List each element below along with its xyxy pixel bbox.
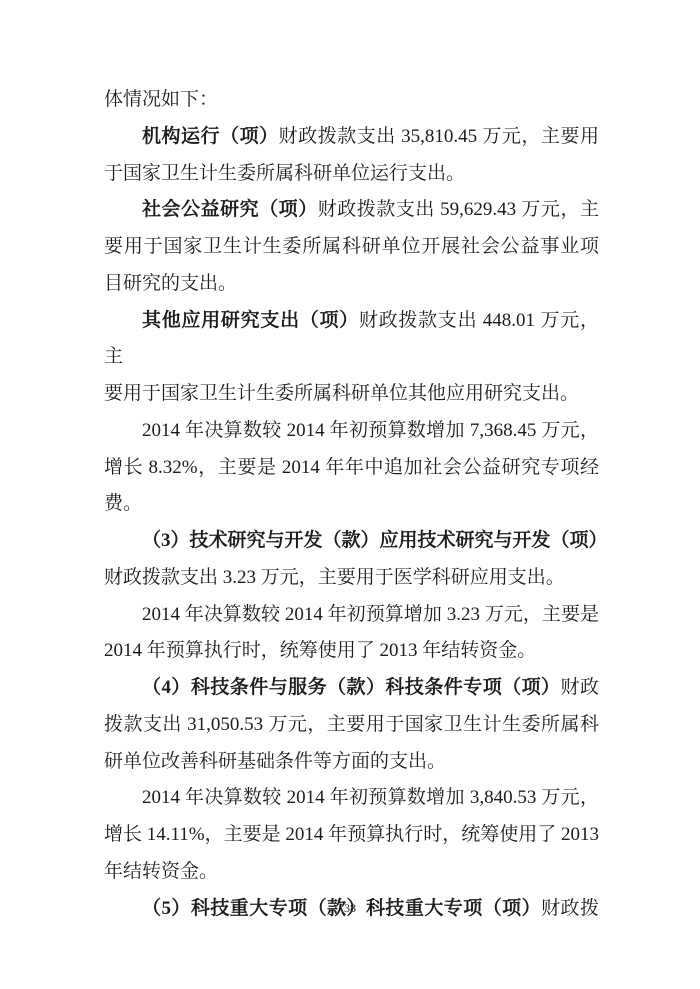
text-line: 其他应用研究支出（项）财政拨款支出 448.01 万元，主: [104, 303, 599, 377]
text-line: 要用于国家卫生计生委所属科研单位开展社会公益事业项: [104, 229, 599, 266]
text-line: 要用于国家卫生计生委所属科研单位其他应用研究支出。: [104, 376, 599, 413]
text-segment: 2014 年决算数较 2014 年初预算数增加 3,840.53 万元，: [142, 787, 599, 808]
text-line: 费。: [104, 486, 599, 523]
text-line: 社会公益研究（项）财政拨款支出 59,629.43 万元，主: [104, 192, 599, 229]
page-number: 38: [344, 901, 356, 915]
text-line: 财政拨款支出 3.23 万元，主要用于医学科研应用支出。: [104, 560, 599, 597]
text-line: 2014 年决算数较 2014 年初预算增加 3.23 万元，主要是: [104, 597, 599, 634]
text-segment: 2014 年决算数较 2014 年初预算增加 3.23 万元，主要是: [142, 604, 599, 625]
text-line: （4）科技条件与服务（款）科技条件专项（项）财政: [104, 670, 599, 707]
text-segment: 2014 年决算数较 2014 年初预算数增加 7,368.45 万元，: [142, 420, 599, 441]
text-segment: 体情况如下：: [104, 89, 218, 110]
text-segment: 目研究的支出。: [104, 273, 237, 294]
text-segment: 财政拨款支出 3.23 万元，主要用于医学科研应用支出。: [104, 567, 565, 588]
text-segment: 费。: [104, 493, 142, 514]
text-segment: 要用于国家卫生计生委所属科研单位开展社会公益事业项: [104, 236, 599, 257]
text-segment: 2014 年预算执行时，统筹使用了 2013 年结转资金。: [104, 640, 536, 661]
text-segment: 增长 8.32%，主要是 2014 年年中追加社会公益研究专项经: [104, 457, 599, 478]
text-segment: 财政: [561, 677, 599, 698]
text-line: 2014 年决算数较 2014 年初预算数增加 7,368.45 万元，: [104, 413, 599, 450]
text-segment: 研单位改善科研基础条件等方面的支出。: [104, 751, 446, 772]
text-line: 增长 14.11%，主要是 2014 年预算执行时，统筹使用了 2013: [104, 817, 599, 854]
text-segment: 财政拨款支出 35,810.45 万元，主要用: [279, 126, 599, 147]
text-line: 于国家卫生计生委所属科研单位运行支出。: [104, 156, 599, 193]
document-body: 体情况如下：机构运行（项）财政拨款支出 35,810.45 万元，主要用于国家卫…: [104, 82, 599, 927]
text-line: 体情况如下：: [104, 82, 599, 119]
text-segment: 拨款支出 31,050.53 万元，主要用于国家卫生计生委所属科: [104, 714, 599, 735]
text-segment: 年结转资金。: [104, 861, 218, 882]
text-segment: 于国家卫生计生委所属科研单位运行支出。: [104, 163, 465, 184]
text-line: 2014 年预算执行时，统筹使用了 2013 年结转资金。: [104, 633, 599, 670]
bold-text-segment: （3）技术研究与开发（款）应用技术研究与开发（项）: [142, 530, 608, 551]
text-segment: 要用于国家卫生计生委所属科研单位其他应用研究支出。: [104, 383, 579, 404]
document-page: 体情况如下：机构运行（项）财政拨款支出 35,810.45 万元，主要用于国家卫…: [0, 0, 700, 989]
text-line: 机构运行（项）财政拨款支出 35,810.45 万元，主要用: [104, 119, 599, 156]
text-line: 2014 年决算数较 2014 年初预算数增加 3,840.53 万元，: [104, 780, 599, 817]
text-line: 年结转资金。: [104, 854, 599, 891]
bold-text-segment: 其他应用研究支出（项）: [142, 310, 359, 331]
bold-text-segment: 机构运行（项）: [142, 126, 279, 147]
text-segment: 财政拨款支出 59,629.43 万元，主: [318, 199, 599, 220]
text-line: 拨款支出 31,050.53 万元，主要用于国家卫生计生委所属科: [104, 707, 599, 744]
text-line: 增长 8.32%，主要是 2014 年年中追加社会公益研究专项经: [104, 450, 599, 487]
page-footer: 38: [0, 901, 700, 916]
text-line: （3）技术研究与开发（款）应用技术研究与开发（项）: [104, 523, 599, 560]
bold-text-segment: 社会公益研究（项）: [142, 199, 318, 220]
text-line: 目研究的支出。: [104, 266, 599, 303]
bold-text-segment: （4）科技条件与服务（款）科技条件专项（项）: [142, 677, 561, 698]
text-line: 研单位改善科研基础条件等方面的支出。: [104, 744, 599, 781]
text-segment: 增长 14.11%，主要是 2014 年预算执行时，统筹使用了 2013: [104, 824, 599, 845]
